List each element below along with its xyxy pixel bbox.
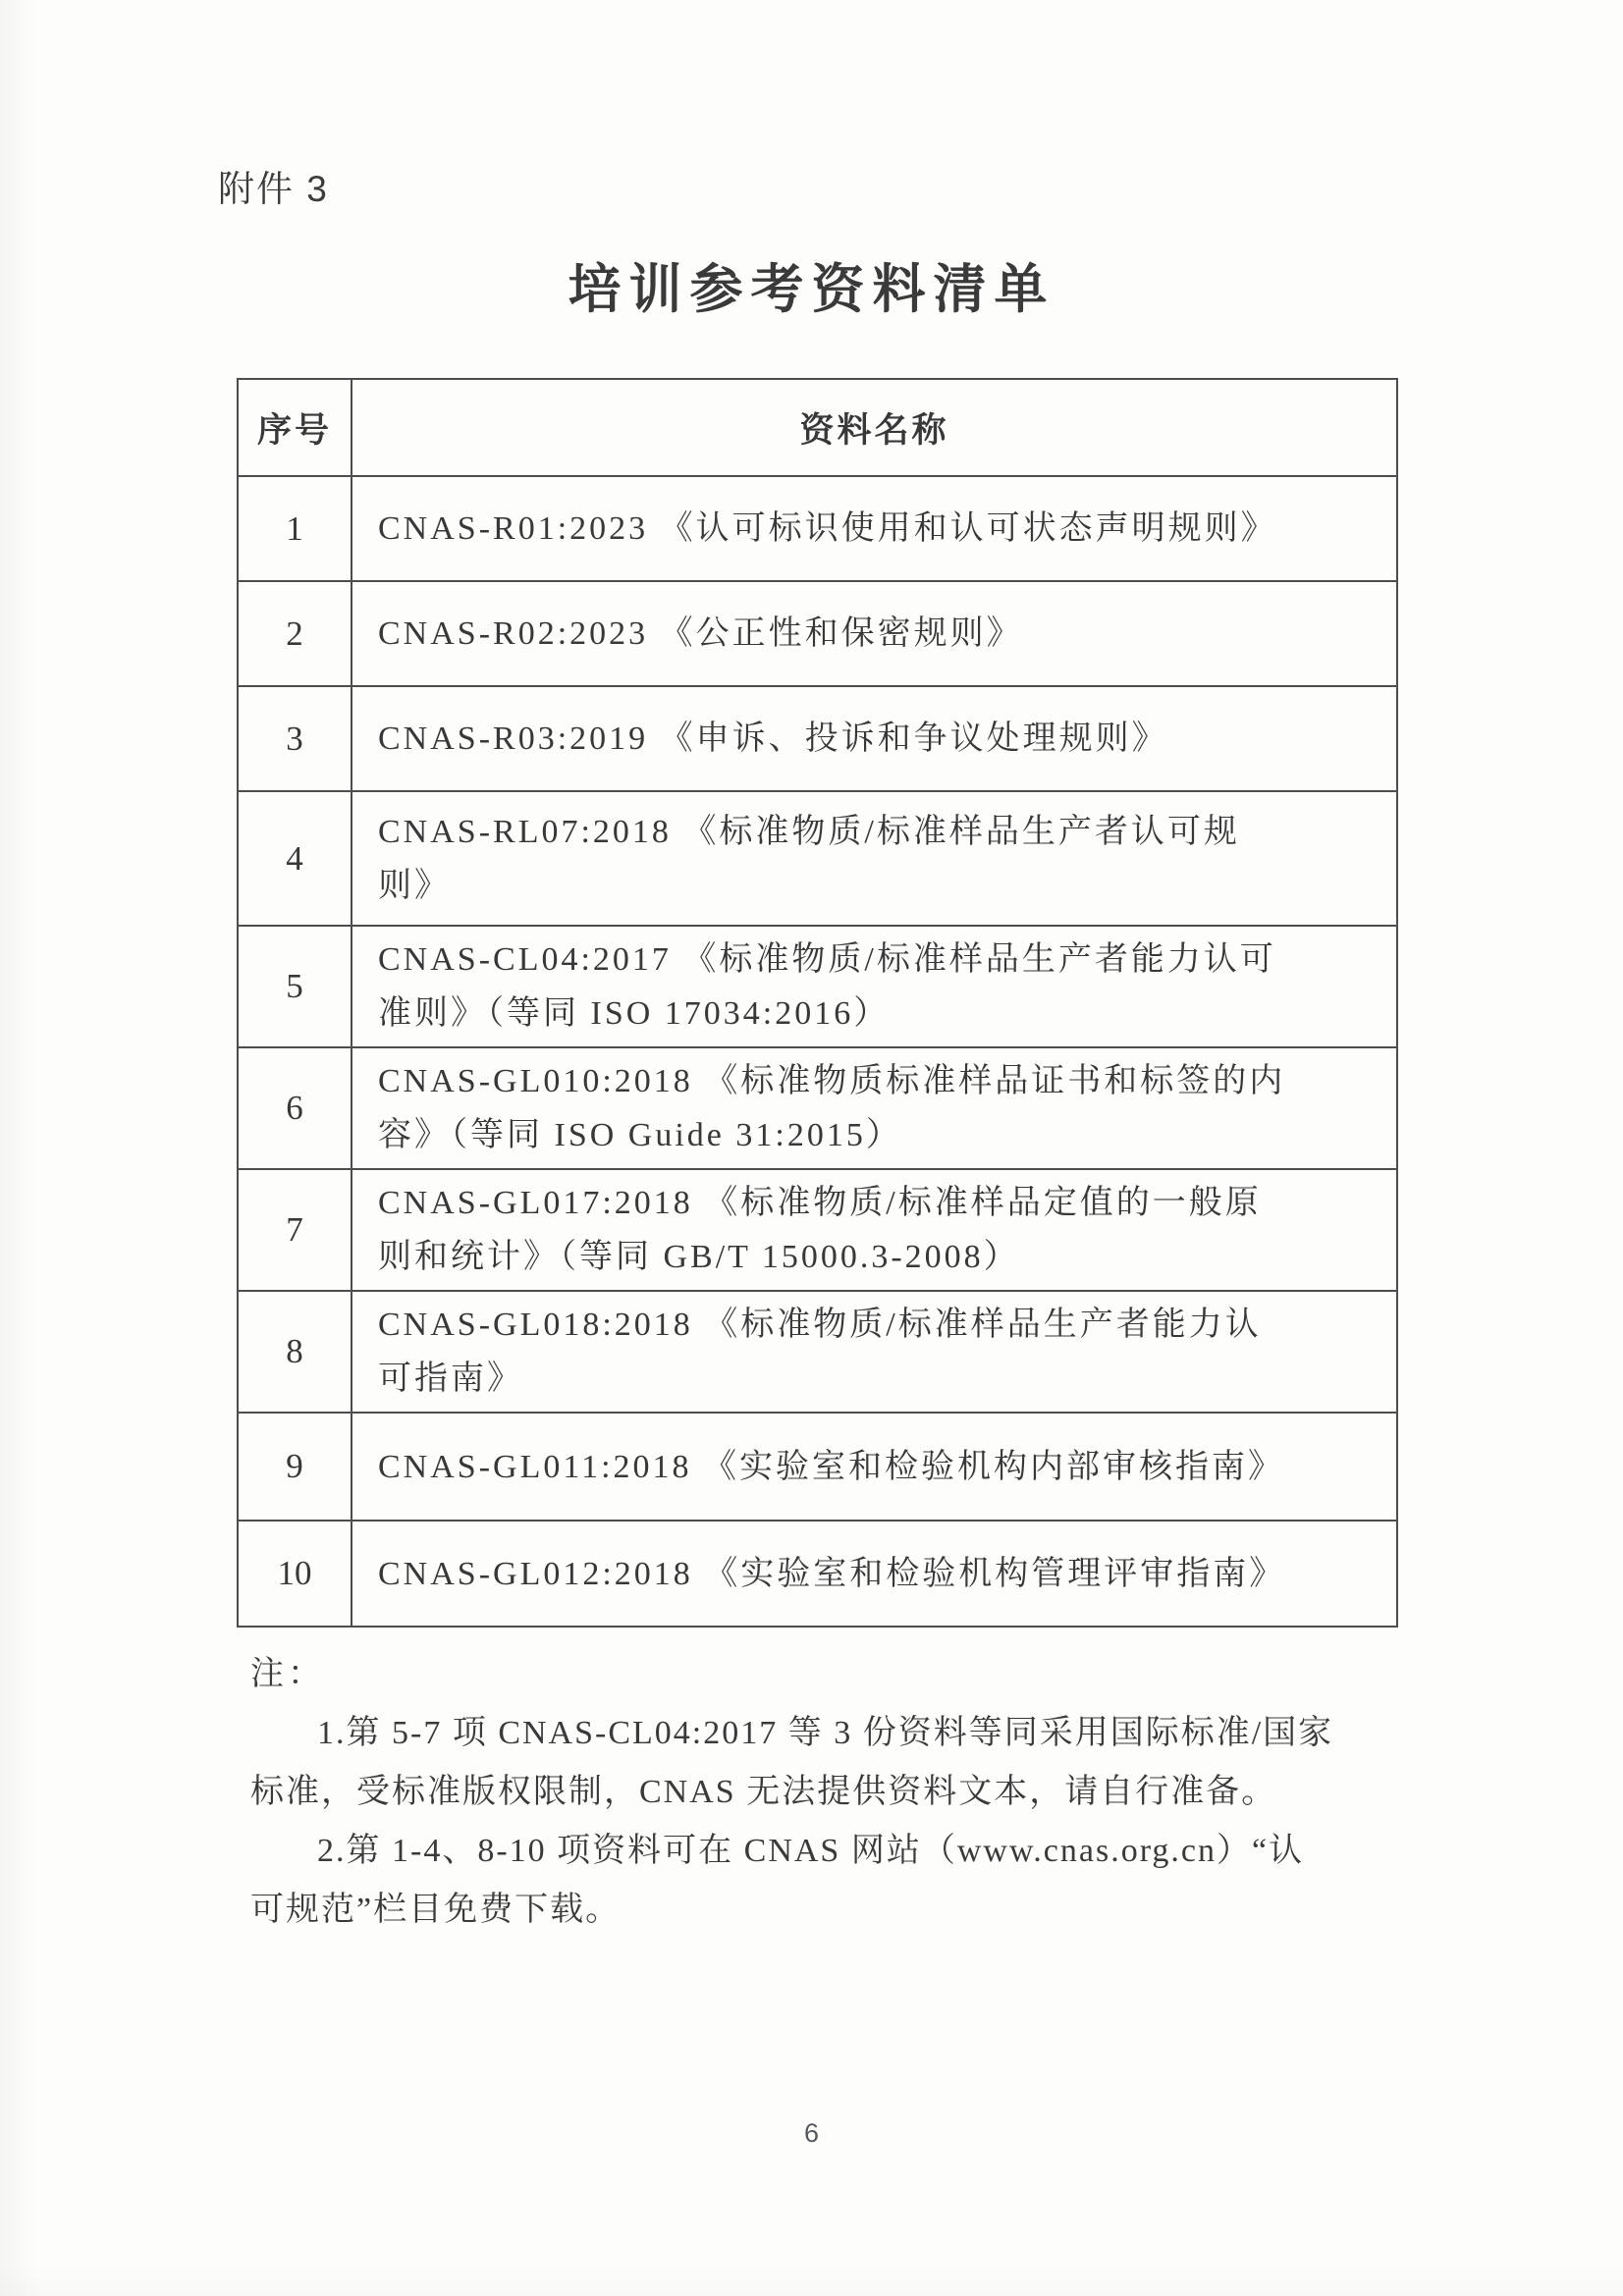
document-page: 附件 3 培训参考资料清单 序号 资料名称 1 CNAS-R01:2023 《认… xyxy=(0,0,1623,2296)
attachment-label: 附件 3 xyxy=(218,159,329,212)
column-header-no: 序号 xyxy=(238,379,352,476)
row-number: 2 xyxy=(238,581,352,686)
material-name: CNAS-R02:2023 《公正性和保密规则》 xyxy=(352,581,1397,686)
table-row: 9 CNAS-GL011:2018 《实验室和检验机构内部审核指南》 xyxy=(238,1413,1397,1521)
material-name: CNAS-R03:2019 《申诉、投诉和争议处理规则》 xyxy=(352,686,1397,791)
material-name: CNAS-GL017:2018 《标准物质/标准样品定值的一般原 则和统计》（等… xyxy=(352,1169,1397,1291)
material-name: CNAS-GL011:2018 《实验室和检验机构内部审核指南》 xyxy=(352,1413,1397,1521)
table-row: 4 CNAS-RL07:2018 《标准物质/标准样品生产者认可规 则》 xyxy=(238,791,1397,926)
material-name: CNAS-GL018:2018 《标准物质/标准样品生产者能力认 可指南》 xyxy=(352,1291,1397,1413)
material-name: CNAS-GL012:2018 《实验室和检验机构管理评审指南》 xyxy=(352,1521,1397,1627)
row-number: 10 xyxy=(238,1521,352,1627)
table-row: 2 CNAS-R02:2023 《公正性和保密规则》 xyxy=(238,581,1397,686)
note-item-1: 1.第 5-7 项 CNAS-CL04:2017 等 3 份资料等同采用国际标准… xyxy=(250,1704,1414,1822)
material-name: CNAS-R01:2023 《认可标识使用和认可状态声明规则》 xyxy=(352,476,1397,581)
row-number: 5 xyxy=(238,926,352,1047)
table-row: 5 CNAS-CL04:2017 《标准物质/标准样品生产者能力认可 准则》（等… xyxy=(238,926,1397,1047)
material-name: CNAS-CL04:2017 《标准物质/标准样品生产者能力认可 准则》（等同 … xyxy=(352,926,1397,1047)
page-number: 6 xyxy=(0,2118,1623,2149)
table-row: 3 CNAS-R03:2019 《申诉、投诉和争议处理规则》 xyxy=(238,686,1397,791)
row-number: 8 xyxy=(238,1291,352,1413)
materials-table: 序号 资料名称 1 CNAS-R01:2023 《认可标识使用和认可状态声明规则… xyxy=(237,378,1398,1628)
table-row: 6 CNAS-GL010:2018 《标准物质标准样品证书和标签的内 容》（等同… xyxy=(238,1047,1397,1169)
row-number: 7 xyxy=(238,1169,352,1291)
material-name: CNAS-RL07:2018 《标准物质/标准样品生产者认可规 则》 xyxy=(352,791,1397,926)
table-row: 8 CNAS-GL018:2018 《标准物质/标准样品生产者能力认 可指南》 xyxy=(238,1291,1397,1413)
page-title: 培训参考资料清单 xyxy=(0,247,1623,323)
material-name: CNAS-GL010:2018 《标准物质标准样品证书和标签的内 容》（等同 I… xyxy=(352,1047,1397,1169)
row-number: 3 xyxy=(238,686,352,791)
notes-section: 注： 1.第 5-7 项 CNAS-CL04:2017 等 3 份资料等同采用国… xyxy=(250,1645,1414,1940)
table-row: 1 CNAS-R01:2023 《认可标识使用和认可状态声明规则》 xyxy=(238,476,1397,581)
row-number: 1 xyxy=(238,476,352,581)
row-number: 4 xyxy=(238,791,352,926)
column-header-name: 资料名称 xyxy=(352,379,1397,476)
note-item-2: 2.第 1-4、8-10 项资料可在 CNAS 网站（www.cnas.org.… xyxy=(250,1822,1414,1940)
table-header-row: 序号 资料名称 xyxy=(238,379,1397,476)
row-number: 9 xyxy=(238,1413,352,1521)
table-row: 10 CNAS-GL012:2018 《实验室和检验机构管理评审指南》 xyxy=(238,1521,1397,1627)
notes-label: 注： xyxy=(250,1645,1414,1704)
table-row: 7 CNAS-GL017:2018 《标准物质/标准样品定值的一般原 则和统计》… xyxy=(238,1169,1397,1291)
row-number: 6 xyxy=(238,1047,352,1169)
